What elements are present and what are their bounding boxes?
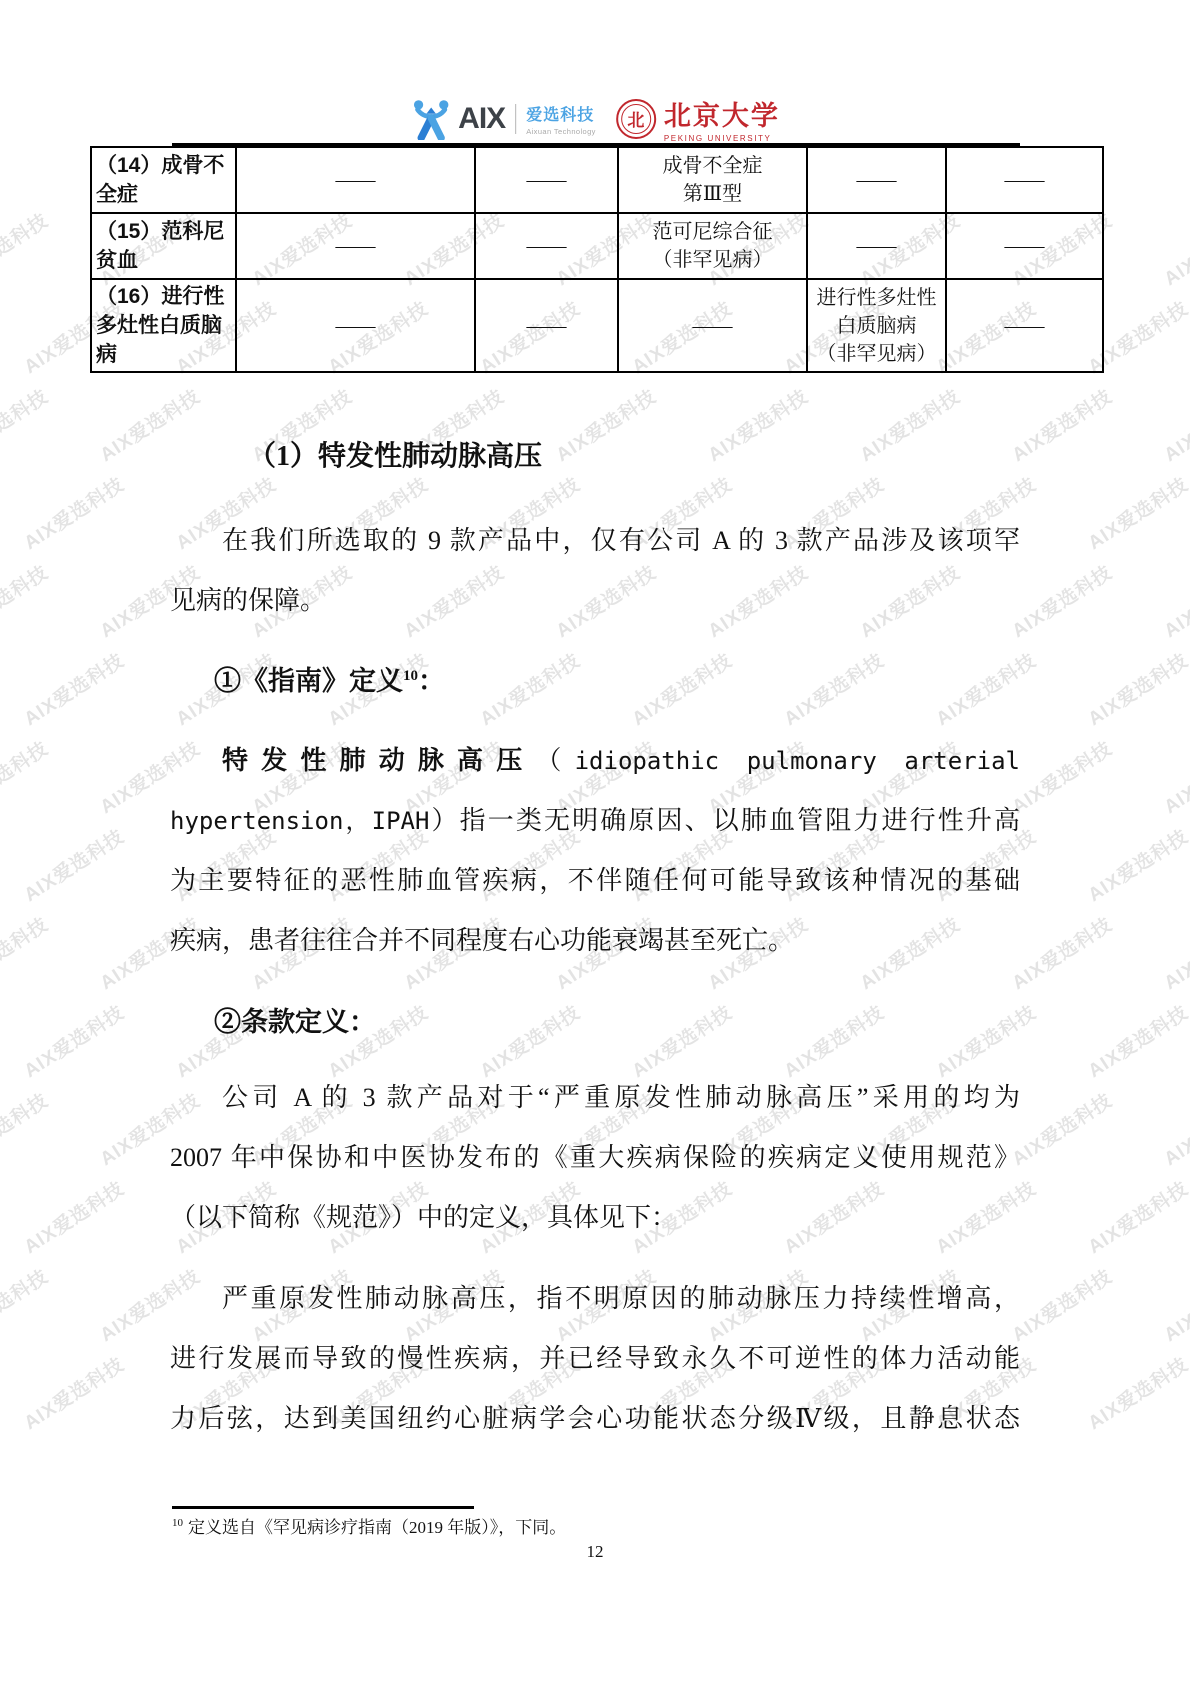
table-cell: ——: [236, 279, 475, 372]
table-cell: ——: [618, 279, 807, 372]
watermark-text: AIX爱选科技: [1158, 558, 1190, 643]
pku-en-name: PEKING UNIVERSITY: [664, 134, 780, 143]
table-cell: 成骨不全症 第Ⅲ型: [618, 147, 807, 213]
document-page: AIX爱选科技AIX爱选科技AIX爱选科技AIX爱选科技AIX爱选科技AIX爱选…: [0, 0, 1190, 1683]
text-line: 进行发展而导致的慢性疾病，并已经导致永久不可逆性的体力活动能: [170, 1329, 1020, 1389]
text-line: 力后弦，达到美国纽约心脏病学会心功能状态分级Ⅳ级，且静息状态: [170, 1389, 1020, 1449]
table-cell: ——: [236, 147, 475, 213]
footnote-rule: [172, 1506, 474, 1509]
watermark-text: AIX爱选科技: [1006, 910, 1117, 995]
logo-divider: [515, 104, 516, 134]
footnote-text: 定义选自《罕见病诊疗指南（2019 年版）》，下同。: [188, 1518, 566, 1537]
watermark-text: AIX爱选科技: [18, 1174, 129, 1259]
aix-cn-name: 爱选科技: [526, 102, 596, 125]
row-label: （15）范科尼贫血: [91, 213, 236, 279]
watermark-text: AIX爱选科技: [1006, 558, 1117, 643]
watermark-text: AIX爱选科技: [1082, 998, 1190, 1083]
heading-guideline-definition: ①《指南》定义10：: [170, 663, 1020, 699]
watermark-text: AIX爱选科技: [1006, 382, 1117, 467]
section-heading-ipah: （1）特发性肺动脉高压: [170, 439, 1020, 475]
watermark-text: AIX爱选科技: [1158, 1262, 1190, 1347]
watermark-text: AIX爱选科技: [1082, 1350, 1190, 1435]
paragraph-intro: 在我们所选取的 9 款产品中，仅有公司 A 的 3 款产品涉及该项罕见病的保障。: [170, 511, 1020, 631]
table-cell: ——: [946, 279, 1103, 372]
paragraph-clause-text: 严重原发性肺动脉高压，指不明原因的肺动脉压力持续性增高，进行发展而导致的慢性疾病…: [170, 1269, 1020, 1449]
table-row-15: （15）范科尼贫血 —— —— 范可尼综合征 （非罕见病） —— ——: [91, 213, 1103, 279]
watermark-text: AIX爱选科技: [1006, 1262, 1117, 1347]
watermark-text: AIX爱选科技: [0, 1086, 53, 1171]
watermark-text: AIX爱选科技: [0, 1262, 53, 1347]
paragraph-guideline-definition: 特发性肺动脉高压（idiopathic pulmonary arterialhy…: [170, 731, 1020, 971]
watermark-text: AIX爱选科技: [1158, 206, 1190, 291]
watermark-text: AIX爱选科技: [1158, 1086, 1190, 1171]
table-cell: ——: [475, 279, 618, 372]
watermark-text: AIX爱选科技: [1158, 734, 1190, 819]
text-line: 为主要特征的恶性肺血管疾病，不伴随任何可能导致该种情况的基础: [170, 851, 1020, 911]
table-row-14: （14）成骨不全症 —— —— 成骨不全症 第Ⅲ型 —— ——: [91, 147, 1103, 213]
aix-names: 爱选科技 Aixuan Technology: [526, 102, 596, 136]
table-cell: 范可尼综合征 （非罕见病）: [618, 213, 807, 279]
watermark-text: AIX爱选科技: [1006, 734, 1117, 819]
row-label: （16）进行性多灶性白质脑病: [91, 279, 236, 372]
text-line: 严重原发性肺动脉高压，指不明原因的肺动脉压力持续性增高，: [170, 1269, 1020, 1329]
watermark-text: AIX爱选科技: [0, 558, 53, 643]
table-cell: ——: [946, 147, 1103, 213]
header-logos: AIX 爱选科技 Aixuan Technology 北 北京大学 PEKING…: [410, 94, 780, 143]
text-line: 公司 A 的 3 款产品对于“严重原发性肺动脉高压”采用的均为: [170, 1068, 1020, 1128]
pku-names: 北京大学 PEKING UNIVERSITY: [664, 94, 780, 143]
footnote: 10定义选自《罕见病诊疗指南（2019 年版）》，下同。: [172, 1516, 1032, 1540]
watermark-text: AIX爱选科技: [18, 646, 129, 731]
text-line: （以下简称《规范》）中的定义，具体见下：: [170, 1188, 1020, 1248]
table-cell: ——: [946, 213, 1103, 279]
heading-clause-definition: ②条款定义：: [170, 1004, 1020, 1040]
aix-logo: AIX 爱选科技 Aixuan Technology: [410, 98, 596, 140]
text-line: ②条款定义：: [170, 1004, 1020, 1040]
text-line: 见病的保障。: [170, 571, 1020, 631]
table-row-16: （16）进行性多灶性白质脑病 —— —— —— 进行性多灶性 白质脑病 （非罕见…: [91, 279, 1103, 372]
pku-logo: 北 北京大学 PEKING UNIVERSITY: [616, 94, 780, 143]
watermark-text: AIX爱选科技: [1006, 1086, 1117, 1171]
page-number: 12: [0, 1542, 1190, 1562]
watermark-text: AIX爱选科技: [18, 470, 129, 555]
text-line: （1）特发性肺动脉高压: [170, 439, 1020, 475]
watermark-text: AIX爱选科技: [1082, 822, 1190, 907]
table-cell: ——: [236, 213, 475, 279]
table-cell: ——: [807, 213, 946, 279]
watermark-text: AIX爱选科技: [0, 206, 53, 291]
text-line: 在我们所选取的 9 款产品中，仅有公司 A 的 3 款产品涉及该项罕: [170, 511, 1020, 571]
rare-disease-coverage-table: （14）成骨不全症 —— —— 成骨不全症 第Ⅲ型 —— —— （15）范科尼贫…: [90, 146, 1104, 373]
watermark-text: AIX爱选科技: [0, 910, 53, 995]
watermark-text: AIX爱选科技: [1158, 910, 1190, 995]
watermark-text: AIX爱选科技: [18, 1350, 129, 1435]
aix-mascot-icon: [410, 98, 452, 140]
watermark-text: AIX爱选科技: [1082, 1174, 1190, 1259]
watermark-text: AIX爱选科技: [0, 734, 53, 819]
table-cell: ——: [475, 213, 618, 279]
aix-en-name: Aixuan Technology: [526, 127, 596, 136]
text-line: 特发性肺动脉高压（idiopathic pulmonary arterial: [170, 731, 1020, 791]
text-line: 2007 年中保协和中医协发布的《重大疾病保险的疾病定义使用规范》: [170, 1128, 1020, 1188]
watermark-text: AIX爱选科技: [18, 822, 129, 907]
table-cell: ——: [475, 147, 618, 213]
pku-cn-name: 北京大学: [664, 94, 780, 133]
pku-seal-icon: 北: [616, 99, 656, 139]
watermark-text: AIX爱选科技: [1158, 382, 1190, 467]
watermark-text: AIX爱选科技: [1082, 646, 1190, 731]
footnote-marker: 10: [172, 1517, 183, 1529]
header-rule: [172, 143, 1020, 147]
text-line: ①《指南》定义10：: [170, 663, 1020, 699]
table-cell: ——: [807, 147, 946, 213]
paragraph-clause-source: 公司 A 的 3 款产品对于“严重原发性肺动脉高压”采用的均为2007 年中保协…: [170, 1068, 1020, 1248]
text-line: 疾病，患者往往合并不同程度右心功能衰竭甚至死亡。: [170, 911, 1020, 971]
watermark-text: AIX爱选科技: [18, 998, 129, 1083]
text-line: hypertension，IPAH）指一类无明确原因、以肺血管阻力进行性升高: [170, 791, 1020, 851]
row-label: （14）成骨不全症: [91, 147, 236, 213]
aix-wordmark: AIX: [458, 102, 505, 136]
table-cell: 进行性多灶性 白质脑病 （非罕见病）: [807, 279, 946, 372]
watermark-text: AIX爱选科技: [1082, 470, 1190, 555]
watermark-text: AIX爱选科技: [0, 382, 53, 467]
